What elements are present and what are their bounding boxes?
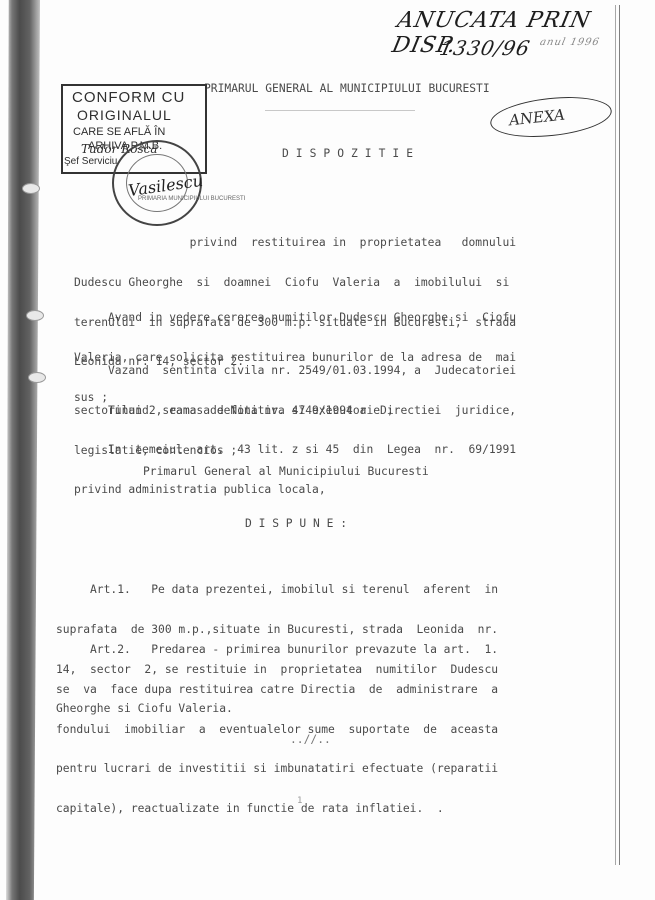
article-line: capitale), reactualizate in functie de r… (56, 802, 498, 815)
document-header: PRIMARUL GENERAL AL MUNICIPIULUI BUCURES… (204, 82, 490, 95)
recital-line: Tinand seama de Nota nr. 4749/1994 a Dir… (74, 404, 516, 417)
punch-hole (28, 372, 46, 383)
article-line: Art.2. Predarea - primirea bunurilor pre… (56, 643, 498, 656)
continuation-mark: ..//.. (290, 733, 331, 746)
stamp-line-5: Şef Serviciu (64, 156, 117, 167)
punch-hole (22, 183, 40, 194)
issuing-authority: Primarul General al Municipiului Bucures… (143, 465, 429, 478)
recital-line: In temeiul art. 43 lit. z si 45 din Lege… (74, 443, 516, 456)
article-2: Art.2. Predarea - primirea bunurilor pre… (56, 617, 498, 841)
article-line: fondului imobiliar a eventualelor sume s… (56, 723, 498, 736)
anexa-label: ANEXA (508, 106, 565, 130)
header-underline (265, 110, 415, 111)
recital-line: Vazand sentinta civila nr. 2549/01.03.19… (74, 364, 516, 377)
stamp-line-2: ORIGINALUL (77, 107, 172, 123)
article-line: Art.1. Pe data prezentei, imobilul si te… (56, 583, 498, 596)
recital-line: privind administratia publica locala, (74, 483, 516, 496)
seal-text: PRIMARIA MUNICIPIULUI BUCURESTI (138, 196, 245, 202)
punch-hole (26, 310, 44, 321)
recital-line: Avand in vedere cererea numitilor Dudesc… (74, 311, 516, 324)
scan-binding-edge (6, 0, 40, 900)
scanned-document-page: ANUCATA PRIN DISP. 1330/96 anul 1996 ANE… (0, 0, 655, 900)
handwritten-reference-number: 1330/96 (437, 36, 532, 60)
scan-edge-lines (612, 5, 626, 865)
anexa-circled-note: ANEXA (488, 92, 613, 143)
article-line: se va face dupa restituirea catre Direct… (56, 683, 498, 696)
handwritten-year-note: anul 1996 (539, 37, 601, 48)
stamp-line-1: CONFORM CU (72, 89, 185, 106)
stamp-line-3: CARE SE AFLĂ ÎN (73, 126, 165, 138)
article-line: pentru lucrari de investitii si imbunata… (56, 762, 498, 775)
page-number: 1 (297, 795, 302, 808)
subject-line: privind restituirea in proprietatea domn… (74, 236, 516, 249)
document-title: DISPOZITIE (282, 147, 420, 160)
disposes-heading: D I S P U N E : (245, 517, 347, 530)
